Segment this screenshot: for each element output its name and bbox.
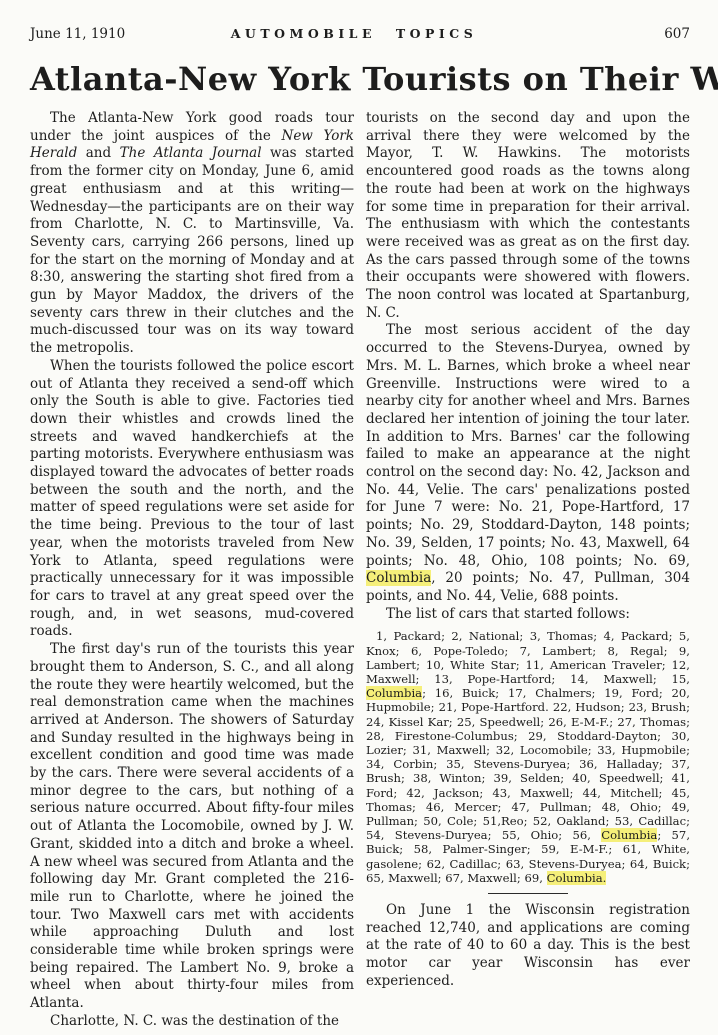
italic-text: The Atlanta Journal (120, 145, 262, 161)
page-header: June 11, 1910 AUTOMOBILE TOPICS 607 (30, 26, 690, 42)
highlighted-text: Columbia (601, 828, 657, 842)
body-text: tourists on the second day and upon the … (366, 110, 690, 321)
paragraph: The Atlanta-New York good roads tour und… (30, 110, 354, 358)
body-text: The first day's run of the tourists this… (30, 641, 354, 1011)
paragraph: The first day's run of the tourists this… (30, 641, 354, 1013)
issue-date: June 11, 1910 (30, 26, 170, 42)
body-text: Charlotte, N. C. was the destination of … (50, 1013, 339, 1029)
car-list: 1, Packard; 2, National; 3, Thomas; 4, P… (366, 629, 690, 885)
news-note: On June 1 the Wisconsin registration rea… (366, 902, 690, 991)
body-text: When the tourists followed the police es… (30, 358, 354, 640)
article-body: The Atlanta-New York good roads tour und… (30, 110, 690, 1031)
paragraph: tourists on the second day and upon the … (366, 110, 690, 322)
paragraph: Charlotte, N. C. was the destination of … (30, 1013, 354, 1031)
body-text: 1, Packard; 2, National; 3, Thomas; 4, P… (366, 629, 690, 686)
paragraph: The list of cars that started follows: (366, 606, 690, 624)
paragraph: The most serious accident of the day occ… (366, 322, 690, 605)
right-column: tourists on the second day and upon the … (366, 110, 690, 1031)
body-text: On June 1 the Wisconsin registration rea… (366, 902, 690, 989)
left-column: The Atlanta-New York good roads tour und… (30, 110, 354, 1031)
body-text: The most serious accident of the day occ… (366, 322, 690, 568)
paragraph: When the tourists followed the police es… (30, 358, 354, 641)
body-text: and (77, 145, 119, 161)
section-divider (488, 893, 568, 894)
body-text: The list of cars that started follows: (386, 606, 630, 622)
page-number: 607 (550, 26, 690, 42)
body-text: was started from the former city on Mond… (30, 145, 354, 356)
magazine-page: June 11, 1910 AUTOMOBILE TOPICS 607 Atla… (0, 0, 718, 1035)
highlighted-text: Columbia (366, 570, 431, 586)
article-title: Atlanta-New York Tourists on Their Way (30, 60, 690, 98)
highlighted-text: Columbia. (547, 871, 607, 885)
body-text: ; 16, Buick; 17, Chalmers; 19, Ford; 20,… (366, 686, 690, 842)
highlighted-text: Columbia (366, 686, 422, 700)
journal-title: AUTOMOBILE TOPICS (231, 26, 478, 41)
